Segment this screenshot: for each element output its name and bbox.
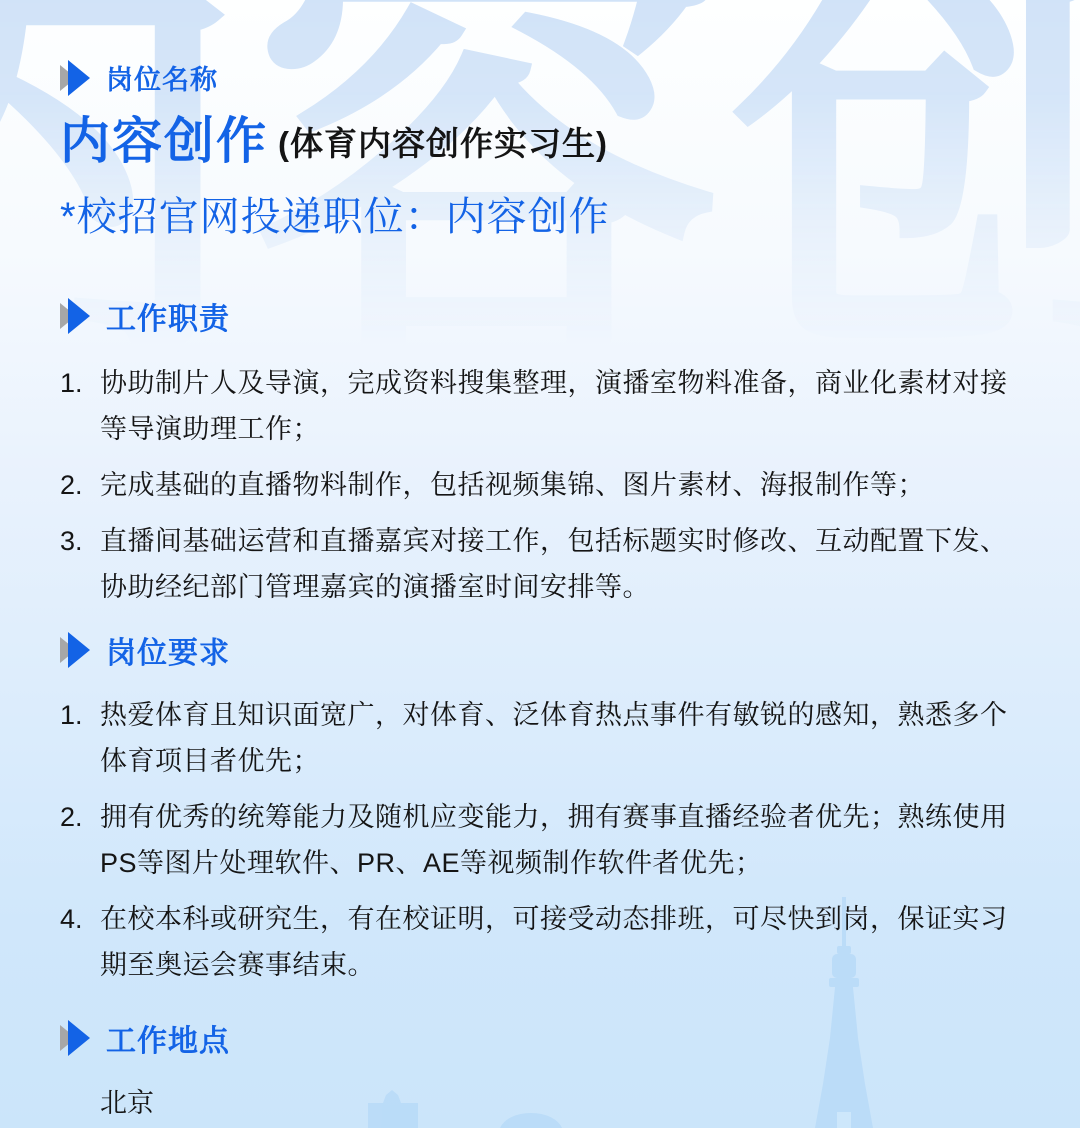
double-arrow-icon [60,1020,94,1056]
application-note: *校招官网投递职位：内容创作 [60,185,1034,242]
list-item: 3. 直播间基础运营和直播嘉宾对接工作，包括标题实时修改、互动配置下发、协助经纪… [60,518,1034,610]
section-header-requirements: 岗位要求 [60,628,1034,672]
section-header-position-name: 岗位名称 [60,58,1034,97]
item-number: 2. [60,794,100,886]
double-arrow-icon [60,60,94,96]
section-label: 工作职责 [106,294,230,338]
job-posting-page: 内容创作 岗位名称 内容创作 (体育内容创作实习生) [0,0,1080,1128]
double-arrow-icon [60,632,94,668]
job-title-row: 内容创作 (体育内容创作实习生) [60,113,1034,171]
section-label: 岗位要求 [106,628,230,672]
job-title: 内容创作 [60,113,268,171]
requirements-list: 1. 热爱体育且知识面宽广，对体育、泛体育热点事件有敏锐的感知，熟悉多个体育项目… [60,692,1034,988]
item-text: 协助制片人及导演，完成资料搜集整理，演播室物料准备，商业化素材对接等导演助理工作… [100,360,1034,452]
item-text: 直播间基础运营和直播嘉宾对接工作，包括标题实时修改、互动配置下发、协助经纪部门管… [100,518,1034,610]
item-number: 3. [60,518,100,610]
item-text: 拥有优秀的统筹能力及随机应变能力，拥有赛事直播经验者优先；熟练使用PS等图片处理… [100,794,1034,886]
item-text: 在校本科或研究生，有在校证明，可接受动态排班，可尽快到岗，保证实习期至奥运会赛事… [100,896,1034,988]
section-label: 岗位名称 [106,58,218,97]
responsibilities-list: 1. 协助制片人及导演，完成资料搜集整理，演播室物料准备，商业化素材对接等导演助… [60,360,1034,610]
item-number: 2. [60,462,100,508]
section-header-location: 工作地点 [60,1016,1034,1060]
job-title-suffix: (体育内容创作实习生) [278,118,608,171]
list-item: 4. 在校本科或研究生，有在校证明，可接受动态排班，可尽快到岗，保证实习期至奥运… [60,896,1034,988]
list-item: 2. 拥有优秀的统筹能力及随机应变能力，拥有赛事直播经验者优先；熟练使用PS等图… [60,794,1034,886]
double-arrow-icon [60,298,94,334]
list-item: 1. 热爱体育且知识面宽广，对体育、泛体育热点事件有敏锐的感知，熟悉多个体育项目… [60,692,1034,784]
list-item: 1. 协助制片人及导演，完成资料搜集整理，演播室物料准备，商业化素材对接等导演助… [60,360,1034,452]
section-label: 工作地点 [106,1016,230,1060]
poster-content: 岗位名称 内容创作 (体育内容创作实习生) *校招官网投递职位：内容创作 工作职… [0,0,1080,1126]
item-number: 1. [60,692,100,784]
section-header-responsibilities: 工作职责 [60,294,1034,338]
item-number: 4. [60,896,100,988]
item-text: 热爱体育且知识面宽广，对体育、泛体育热点事件有敏锐的感知，熟悉多个体育项目者优先… [100,692,1034,784]
work-location-value: 北京 [100,1080,1034,1126]
list-item: 2. 完成基础的直播物料制作，包括视频集锦、图片素材、海报制作等； [60,462,1034,508]
item-text: 完成基础的直播物料制作，包括视频集锦、图片素材、海报制作等； [100,462,1034,508]
item-number: 1. [60,360,100,452]
